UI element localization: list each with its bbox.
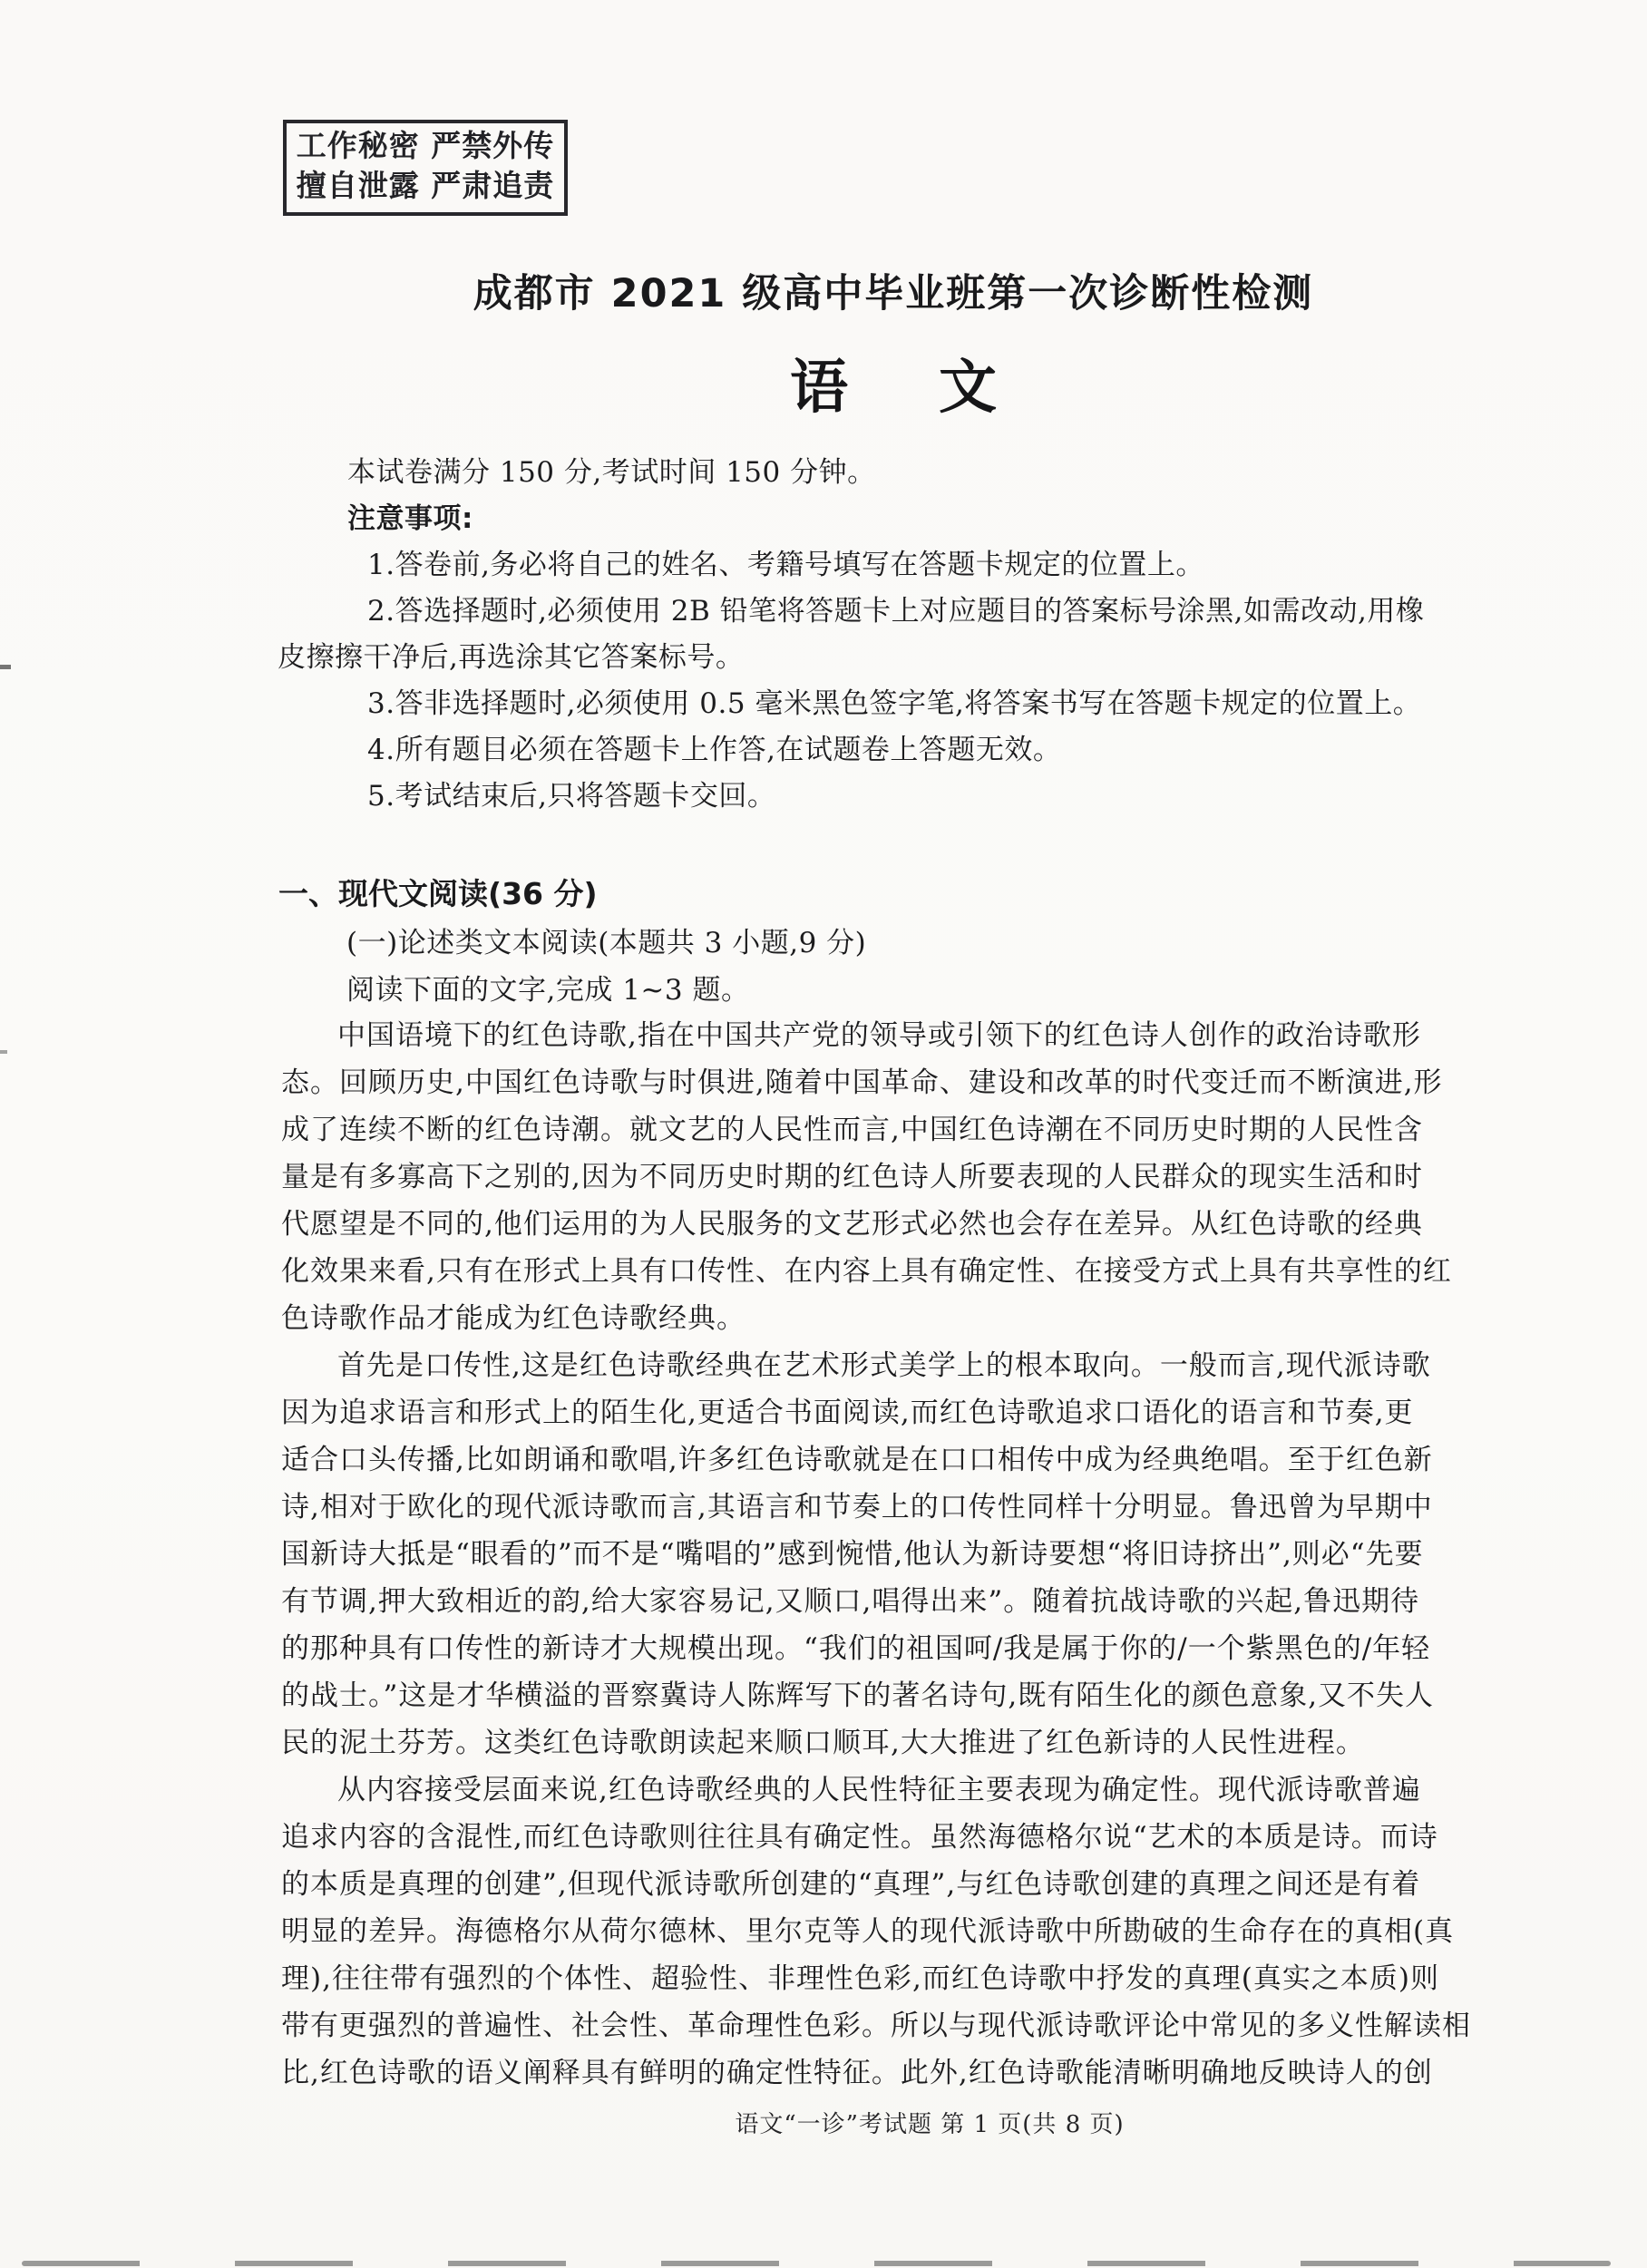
exam-summary: 本试卷满分 150 分,考试时间 150 分钟。 bbox=[347, 450, 1529, 496]
passage-line: 从内容接受层面来说,红色诗歌经典的人民性特征主要表现为确定性。现代派诗歌普遍 bbox=[281, 1767, 1533, 1814]
passage-line: 的本质是真理的创建”,但现代派诗歌所创建的“真理”,与红色诗歌创建的真理之间还是… bbox=[281, 1861, 1533, 1908]
passage-line: 适合口头传播,比如朗诵和歌唱,许多红色诗歌就是在口口相传中成为经典绝唱。至于红色… bbox=[281, 1436, 1533, 1484]
passage-line: 理),往往带有强烈的个体性、超验性、非理性色彩,而红色诗歌中抒发的真理(真实之本… bbox=[281, 1955, 1533, 2002]
page-footer: 语文“一诊”考试题 第 1 页(共 8 页) bbox=[281, 2106, 1578, 2139]
note-line: 皮擦擦干净后,再选涂其它答案标号。 bbox=[278, 635, 1529, 681]
passage-line: 化效果来看,只有在形式上具有口传性、在内容上具有确定性、在接受方式上具有共享性的… bbox=[281, 1248, 1533, 1295]
exam-instructions: 本试卷满分 150 分,考试时间 150 分钟。 注意事项: 1.答卷前,务必将… bbox=[278, 450, 1529, 820]
passage-paragraph: 中国语境下的红色诗歌,指在中国共产党的领导或引领下的红色诗人创作的政治诗歌形态。… bbox=[281, 1012, 1533, 1342]
scan-artifact-left-mark bbox=[0, 665, 11, 669]
note-line: 1.答卷前,务必将自己的姓名、考籍号填写在答题卡规定的位置上。 bbox=[367, 542, 1529, 589]
passage: 中国语境下的红色诗歌,指在中国共产党的领导或引领下的红色诗人创作的政治诗歌形态。… bbox=[281, 1012, 1533, 2097]
passage-line: 因为追求语言和形式上的陌生化,更适合书面阅读,而红色诗歌追求口语化的语言和节奏,… bbox=[281, 1389, 1533, 1436]
passage-line: 有节调,押大致相近的韵,给大家容易记,又顺口,唱得出来”。随着抗战诗歌的兴起,鲁… bbox=[281, 1578, 1533, 1625]
passage-line: 中国语境下的红色诗歌,指在中国共产党的领导或引领下的红色诗人创作的政治诗歌形 bbox=[281, 1012, 1533, 1059]
passage-line: 成了连续不断的红色诗潮。就文艺的人民性而言,中国红色诗潮在不同历史时期的人民性含 bbox=[281, 1106, 1533, 1153]
note-item: 2.答选择题时,必须使用 2B 铅笔将答题卡上对应题目的答案标号涂黑,如需改动,… bbox=[278, 589, 1529, 681]
subject-char-2: 文 bbox=[939, 355, 997, 422]
passage-paragraph: 从内容接受层面来说,红色诗歌经典的人民性特征主要表现为确定性。现代派诗歌普遍追求… bbox=[281, 1767, 1533, 2097]
notes-list: 1.答卷前,务必将自己的姓名、考籍号填写在答题卡规定的位置上。2.答选择题时,必… bbox=[278, 542, 1529, 820]
passage-line: 追求内容的含混性,而红色诗歌则往往具有确定性。虽然海德格尔说“艺术的本质是诗。而… bbox=[281, 1814, 1533, 1861]
passage-line: 国新诗大抵是“眼看的”而不是“嘴唱的”感到惋惜,他认为新诗要想“将旧诗挤出”,则… bbox=[281, 1531, 1533, 1578]
note-item: 4.所有题目必须在答题卡上作答,在试题卷上答题无效。 bbox=[278, 727, 1529, 774]
subject-char-1: 语 bbox=[790, 355, 848, 422]
passage-paragraph: 首先是口传性,这是红色诗歌经典在艺术形式美学上的根本取向。一般而言,现代派诗歌因… bbox=[281, 1342, 1533, 1767]
stamp-line-2: 擅自泄露 严肃追责 bbox=[288, 166, 562, 206]
passage-line: 带有更强烈的普遍性、社会性、革命理性色彩。所以与现代派诗歌评论中常见的多义性解读… bbox=[281, 2002, 1533, 2049]
stamp-line-1: 工作秘密 严禁外传 bbox=[288, 126, 562, 166]
part-heading: (一)论述类文本阅读(本题共 3 小题,9 分) bbox=[346, 920, 866, 960]
secrecy-stamp: 工作秘密 严禁外传 擅自泄露 严肃追责 bbox=[283, 120, 568, 216]
passage-line: 色诗歌作品才能成为红色诗歌经典。 bbox=[281, 1295, 1533, 1342]
notes-heading: 注意事项: bbox=[347, 496, 1529, 542]
note-line: 4.所有题目必须在答题卡上作答,在试题卷上答题无效。 bbox=[367, 727, 1529, 774]
passage-line: 的那种具有口传性的新诗才大规模出现。“我们的祖国呵/我是属于你的/一个紫黑色的/… bbox=[281, 1625, 1533, 1672]
section-heading: 一、现代文阅读(36 分) bbox=[278, 871, 598, 913]
passage-line: 诗,相对于欧化的现代派诗歌而言,其语言和节奏上的口传性同样十分明显。鲁迅曾为早期… bbox=[281, 1484, 1533, 1531]
passage-line: 首先是口传性,这是红色诗歌经典在艺术形式美学上的根本取向。一般而言,现代派诗歌 bbox=[281, 1342, 1533, 1389]
passage-line: 比,红色诗歌的语义阐释具有鲜明的确定性特征。此外,红色诗歌能清晰明确地反映诗人的… bbox=[281, 2049, 1533, 2097]
passage-line: 量是有多寡高下之别的,因为不同历史时期的红色诗人所要表现的人民群众的现实生活和时 bbox=[281, 1153, 1533, 1201]
subject-title: 语文 bbox=[236, 341, 1551, 424]
passage-line: 态。回顾历史,中国红色诗歌与时俱进,随着中国革命、建设和改革的时代变迁而不断演进… bbox=[281, 1059, 1533, 1106]
reading-instruction: 阅读下面的文字,完成 1~3 题。 bbox=[346, 967, 749, 1007]
note-line: 3.答非选择题时,必须使用 0.5 毫米黑色签字笔,将答案书写在答题卡规定的位置… bbox=[367, 681, 1529, 727]
note-item: 5.考试结束后,只将答题卡交回。 bbox=[278, 774, 1529, 820]
passage-line: 民的泥土芬芳。这类红色诗歌朗读起来顺口顺耳,大大推进了红色新诗的人民性进程。 bbox=[281, 1719, 1533, 1767]
note-line: 2.答选择题时,必须使用 2B 铅笔将答题卡上对应题目的答案标号涂黑,如需改动,… bbox=[367, 589, 1529, 635]
scan-artifact-bottom-edge bbox=[22, 2261, 1611, 2266]
note-item: 3.答非选择题时,必须使用 0.5 毫米黑色签字笔,将答案书写在答题卡规定的位置… bbox=[278, 681, 1529, 727]
note-line: 5.考试结束后,只将答题卡交回。 bbox=[367, 774, 1529, 820]
passage-line: 代愿望是不同的,他们运用的为人民服务的文艺形式必然也会存在差异。从红色诗歌的经典 bbox=[281, 1201, 1533, 1248]
scan-artifact-left-mark bbox=[0, 1050, 7, 1054]
note-item: 1.答卷前,务必将自己的姓名、考籍号填写在答题卡规定的位置上。 bbox=[278, 542, 1529, 589]
passage-line: 明显的差异。海德格尔从荷尔德林、里尔克等人的现代派诗歌中所勘破的生命存在的真相(… bbox=[281, 1908, 1533, 1955]
exam-paper-page: 工作秘密 严禁外传 擅自泄露 严肃追责 成都市 2021 级高中毕业班第一次诊断… bbox=[0, 0, 1647, 2268]
exam-title: 成都市 2021 级高中毕业班第一次诊断性检测 bbox=[236, 263, 1551, 318]
passage-line: 的战士。”这是才华横溢的晋察冀诗人陈辉写下的著名诗句,既有陌生化的颜色意象,又不… bbox=[281, 1672, 1533, 1719]
